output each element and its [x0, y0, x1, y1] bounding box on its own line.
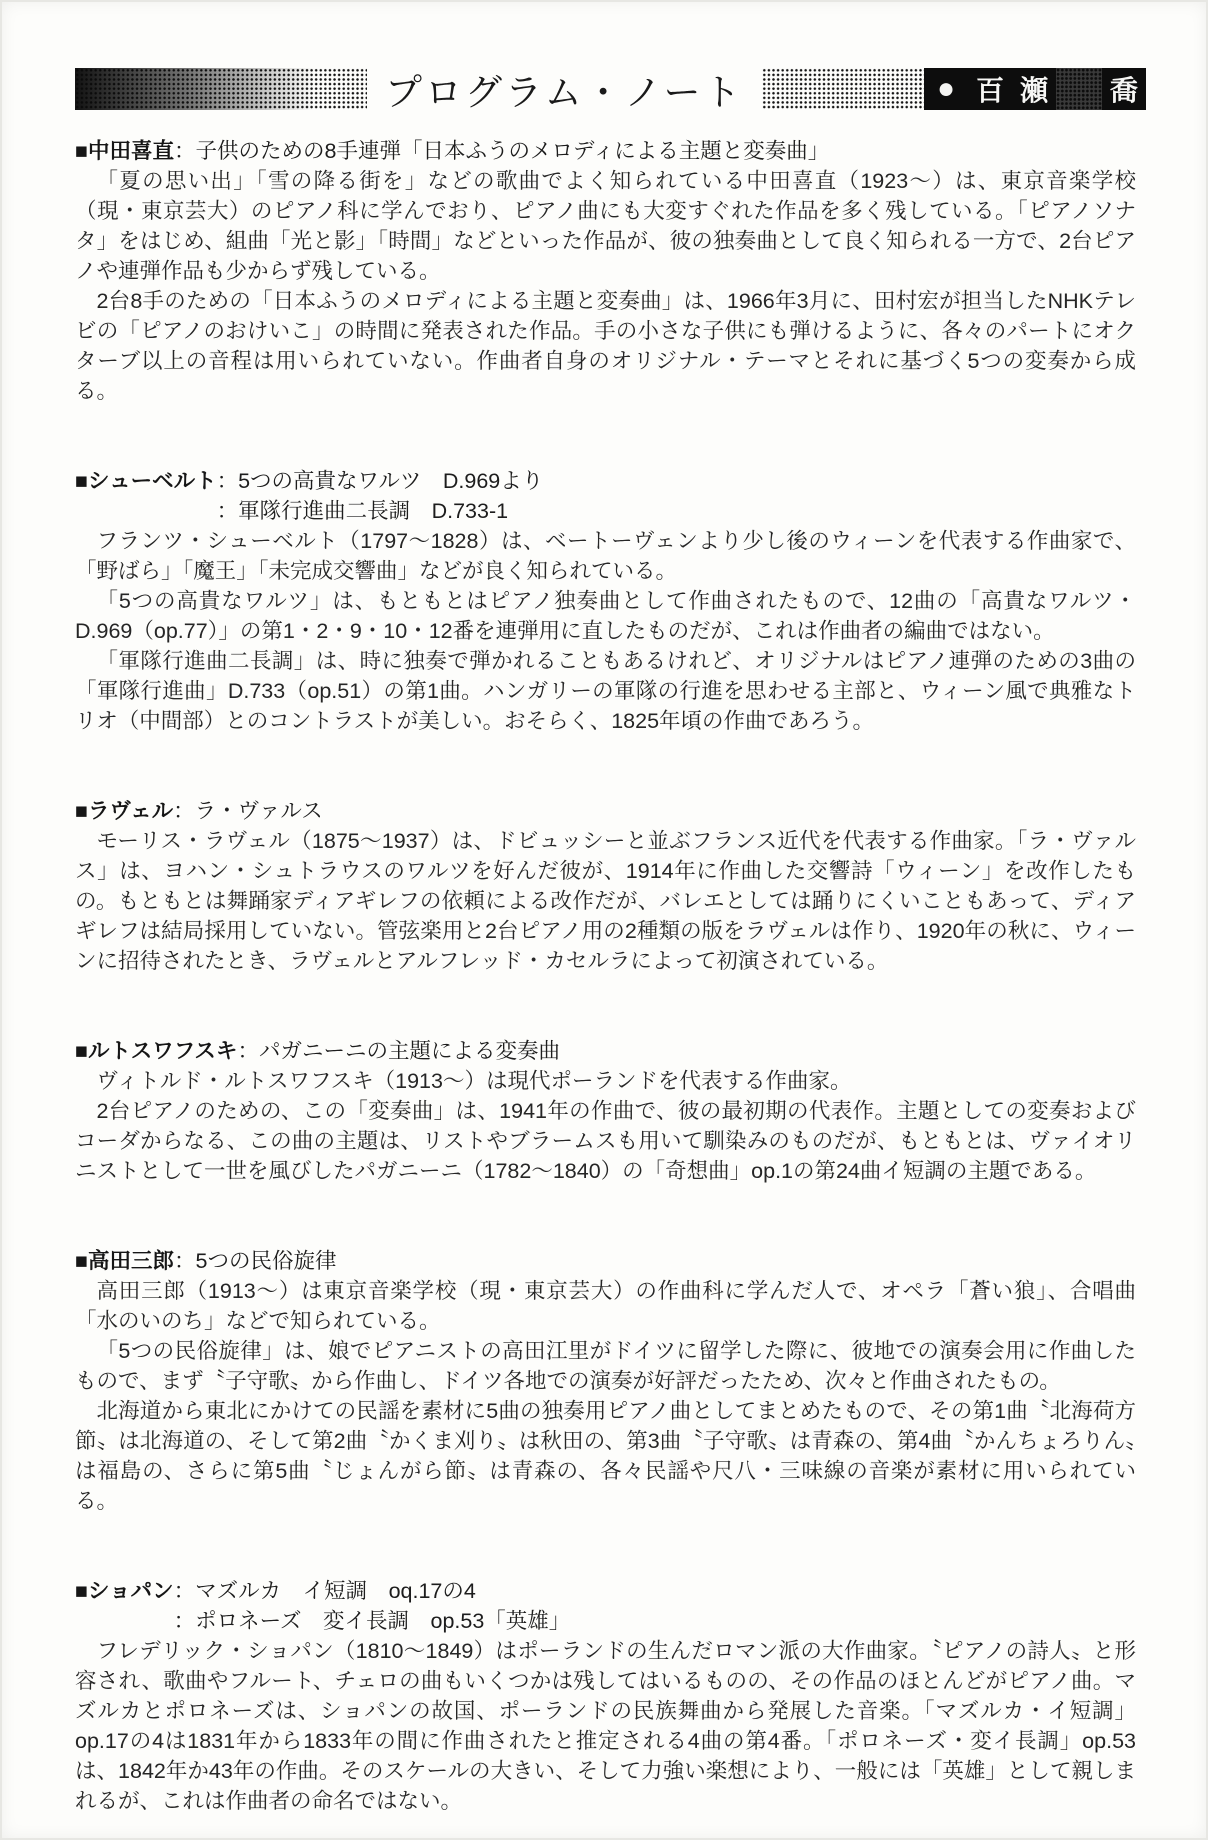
work-title: ：子供のための8手連弾「日本ふうのメロディによる主題と変奏曲」 — [174, 139, 829, 163]
work-title: ：ラ・ヴァルス — [173, 799, 323, 823]
section-heading: ■中田喜直 ：子供のための8手連弾「日本ふうのメロディによる主題と変奏曲」 — [75, 136, 1136, 166]
work-titles: ：マズルカ イ短調 oq.17の4 ：ポロネーズ 変イ長調 op.53「英雄」 — [174, 1576, 1136, 1636]
square-bullet-icon: ■ — [75, 1039, 88, 1063]
work-title: ：5つの民俗旋律 — [174, 1249, 336, 1273]
section-heading: ■ルトスワフスキ ：パガニーニの主題による変奏曲 — [75, 1036, 1136, 1066]
square-bullet-icon: ■ — [75, 799, 88, 823]
square-bullet-icon: ■ — [75, 1579, 88, 1603]
section-schubert: ■シューベルト ：5つの高貴なワルツ D.969より ：軍隊行進曲二長調 D.7… — [75, 466, 1136, 736]
section-chopin: ■ショパン ：マズルカ イ短調 oq.17の4 ：ポロネーズ 変イ長調 op.5… — [75, 1576, 1136, 1816]
section-heading: ■ショパン ：マズルカ イ短調 oq.17の4 ：ポロネーズ 変イ長調 op.5… — [75, 1576, 1136, 1636]
composer-name: ■ルトスワフスキ — [75, 1036, 237, 1066]
composer-name: ■ラヴェル — [75, 796, 173, 826]
work-titles: ：ラ・ヴァルス — [173, 796, 1136, 826]
program-notes: ■中田喜直 ：子供のための8手連弾「日本ふうのメロディによる主題と変奏曲」 「夏… — [75, 136, 1136, 1816]
section-takada: ■高田三郎 ：5つの民俗旋律 高田三郎（1913～）は東京音楽学校（現・東京芸大… — [75, 1246, 1136, 1516]
paragraph: 2台8手のための「日本ふうのメロディによる主題と変奏曲」は、1966年3月に、田… — [75, 286, 1136, 406]
composer-name: ■高田三郎 — [75, 1246, 174, 1276]
work-title: ：パガニーニの主題による変奏曲 — [237, 1039, 560, 1063]
author-name-char: 百 — [968, 68, 1012, 110]
paragraph: 高田三郎（1913～）は東京音楽学校（現・東京芸大）の作曲科に学んだ人で、オペラ… — [75, 1276, 1136, 1336]
work-titles: ：5つの高貴なワルツ D.969より ：軍隊行進曲二長調 D.733-1 — [217, 466, 1136, 526]
square-bullet-icon: ■ — [75, 1249, 88, 1273]
paragraph: 「夏の思い出」「雪の降る街を」などの歌曲でよく知られている中田喜直（1923～）… — [75, 166, 1136, 286]
work-title: ：軍隊行進曲二長調 D.733-1 — [217, 499, 509, 523]
bullet-icon: ● — [924, 68, 968, 110]
composer-name: ■ショパン — [75, 1576, 174, 1636]
paragraph: 2台ピアノのための、この「変奏曲」は、1941年の作曲で、彼の最初期の代表作。主… — [75, 1096, 1136, 1186]
work-title: ：ポロネーズ 変イ長調 op.53「英雄」 — [174, 1609, 571, 1633]
paragraph: ヴィトルド・ルトスワフスキ（1913～）は現代ポーランドを代表する作曲家。 — [75, 1066, 1136, 1096]
work-title: ：5つの高貴なワルツ D.969より — [217, 469, 544, 493]
header-band: プログラム・ノート ● 百 瀬 喬 — [75, 68, 1146, 110]
author-badge: ● 百 瀬 喬 — [924, 68, 1146, 110]
page-title: プログラム・ノート — [367, 68, 762, 110]
work-titles: ：子供のための8手連弾「日本ふうのメロディによる主題と変奏曲」 — [174, 136, 1136, 166]
paragraph: 「5つの高貴なワルツ」は、もともとはピアノ独奏曲として作曲されたもので、12曲の… — [75, 586, 1136, 646]
work-titles: ：パガニーニの主題による変奏曲 — [237, 1036, 1136, 1066]
paragraph: フレデリック・ショパン（1810～1849）はポーランドの生んだロマン派の大作曲… — [75, 1636, 1136, 1816]
composer-name: ■中田喜直 — [75, 136, 174, 166]
section-heading: ■高田三郎 ：5つの民俗旋律 — [75, 1246, 1136, 1276]
halftone-bar-right: ● 百 瀬 喬 — [762, 68, 1146, 110]
work-title: ：マズルカ イ短調 oq.17の4 — [174, 1579, 476, 1603]
section-ravel: ■ラヴェル ：ラ・ヴァルス モーリス・ラヴェル（1875～1937）は、ドビュッ… — [75, 796, 1136, 976]
paragraph: 「軍隊行進曲二長調」は、時に独奏で弾かれることもあるけれど、オリジナルはピアノ連… — [75, 646, 1136, 736]
section-lutoslawski: ■ルトスワフスキ ：パガニーニの主題による変奏曲 ヴィトルド・ルトスワフスキ（1… — [75, 1036, 1136, 1186]
section-heading: ■ラヴェル ：ラ・ヴァルス — [75, 796, 1136, 826]
paragraph: モーリス・ラヴェル（1875～1937）は、ドビュッシーと並ぶフランス近代を代表… — [75, 826, 1136, 976]
paragraph: フランツ・シューベルト（1797～1828）は、ベートーヴェンより少し後のウィー… — [75, 526, 1136, 586]
square-bullet-icon: ■ — [75, 469, 88, 493]
section-nakada: ■中田喜直 ：子供のための8手連弾「日本ふうのメロディによる主題と変奏曲」 「夏… — [75, 136, 1136, 406]
section-heading: ■シューベルト ：5つの高貴なワルツ D.969より ：軍隊行進曲二長調 D.7… — [75, 466, 1136, 526]
author-name-char: 喬 — [1102, 68, 1146, 110]
paragraph: 「5つの民俗旋律」は、娘でピアニストの高田江里がドイツに留学した際に、彼地での演… — [75, 1336, 1136, 1396]
work-titles: ：5つの民俗旋律 — [174, 1246, 1136, 1276]
author-name-spacer — [1056, 68, 1102, 110]
halftone-bar-left — [75, 68, 367, 110]
author-name-char: 瀬 — [1012, 68, 1056, 110]
composer-name: ■シューベルト — [75, 466, 217, 526]
square-bullet-icon: ■ — [75, 139, 88, 163]
paragraph: 北海道から東北にかけての民謡を素材に5曲の独奏用ピアノ曲としてまとめたもので、そ… — [75, 1396, 1136, 1516]
